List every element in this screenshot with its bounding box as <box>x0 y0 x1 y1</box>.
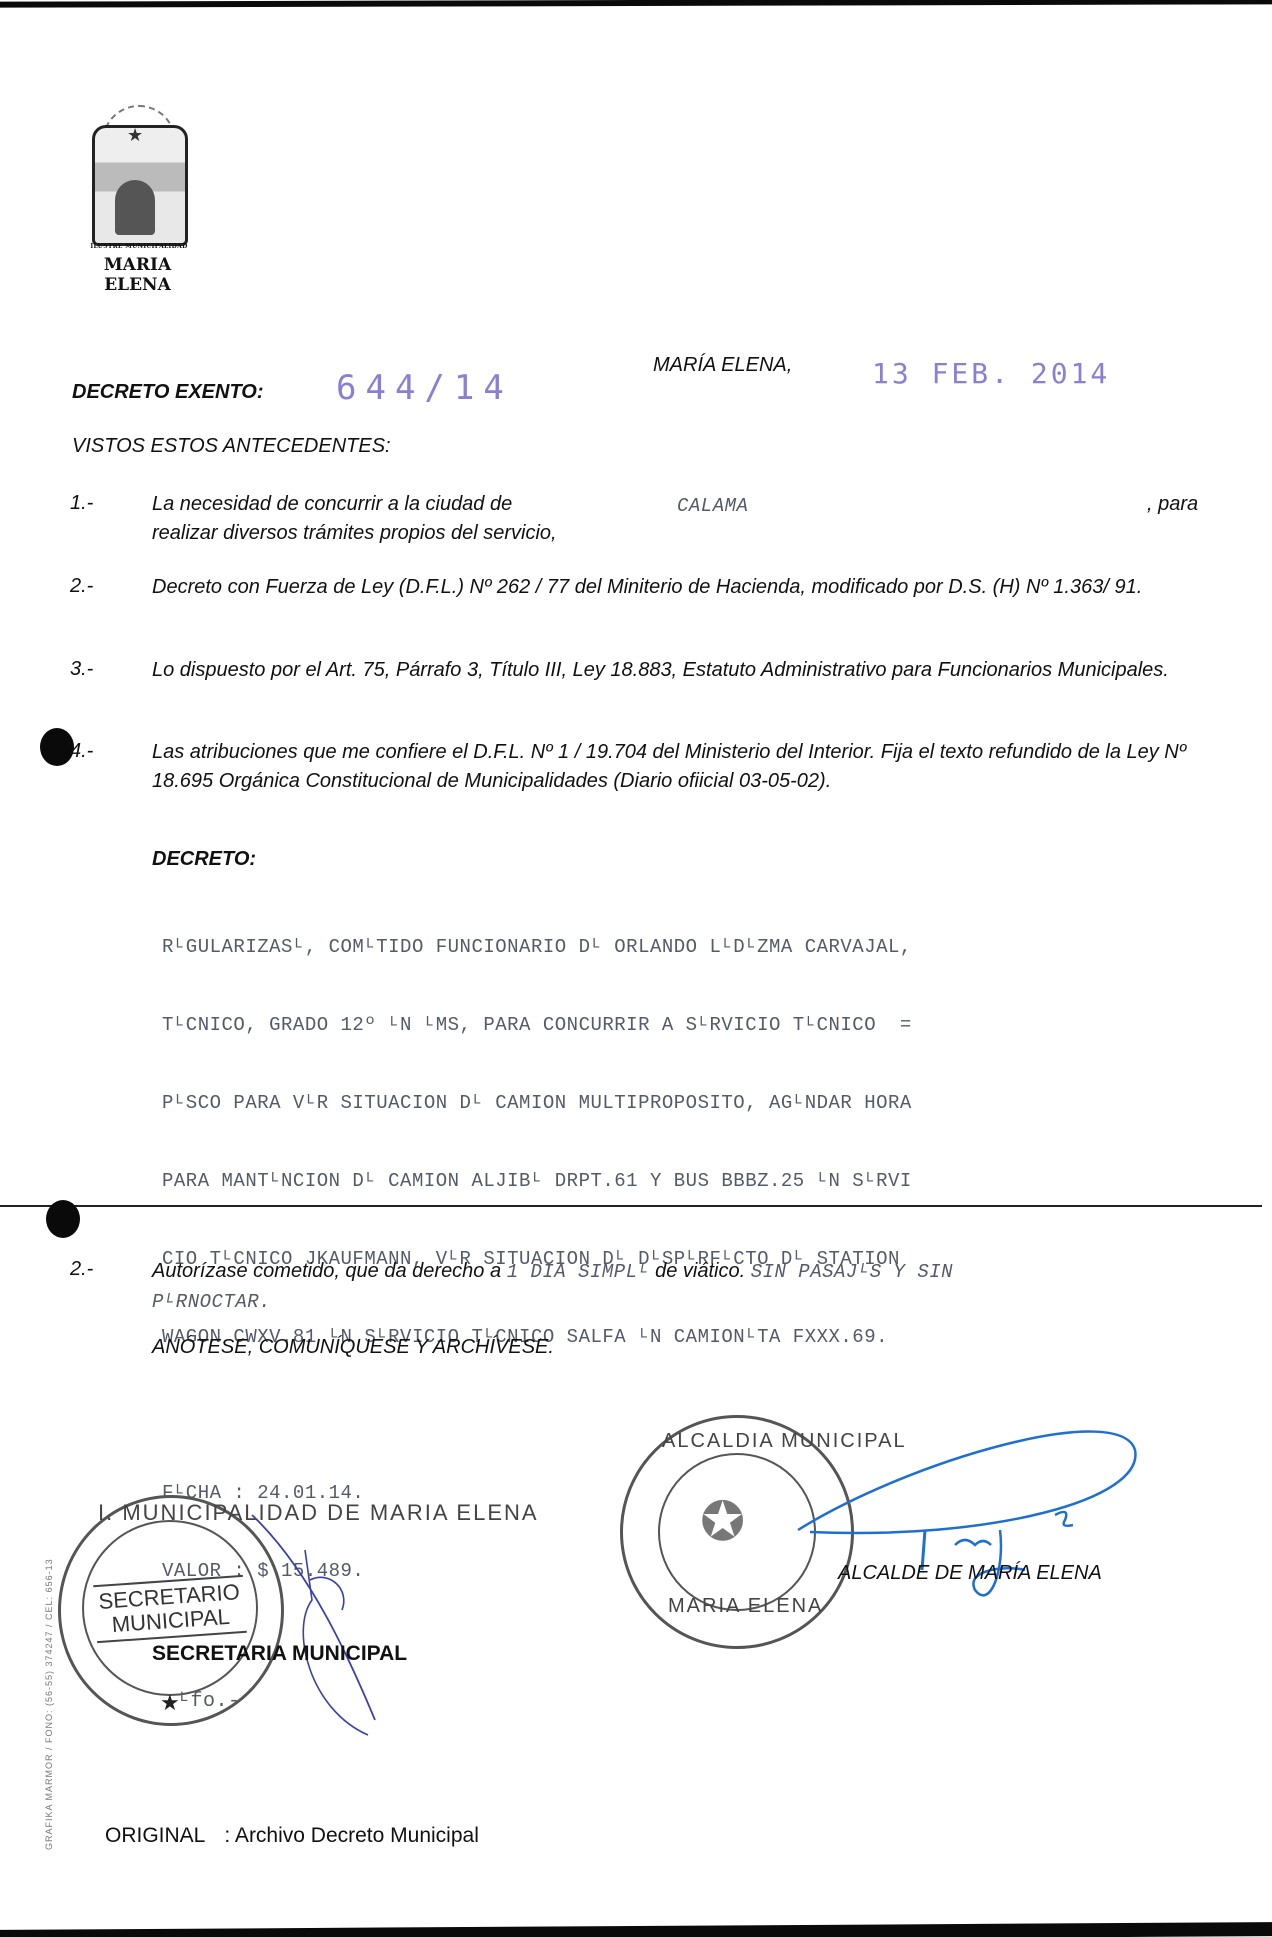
secretaria-signature <box>250 1510 390 1740</box>
seal-star-icon: ★ <box>160 1690 180 1716</box>
typed-extra-line2: PᴸRNOCTAR. <box>152 1287 1202 1317</box>
alcalde-title: ALCALDE DE MARÍA ELENA <box>838 1562 1102 1585</box>
typist-initials: ᴸfo.- <box>178 1690 241 1713</box>
decreto-heading: DECRETO: <box>152 848 256 871</box>
item-text-after: , para <box>1147 490 1198 519</box>
scan-top-edge <box>0 0 1272 8</box>
logo-star-icon: ★ <box>127 125 143 146</box>
secretaria-title: SECRETARIA MUNICIPAL <box>152 1642 407 1666</box>
item-number: 2.- <box>70 575 93 598</box>
copy-distribution: ORIGINAL : Archivo Decreto Municipal <box>105 1824 479 1848</box>
date-stamp: 13 FEB. 2014 <box>872 357 1110 390</box>
logo-subtitle: ILUSTRE MUNICIPALIDAD <box>74 243 204 250</box>
typed-extra: SIN PASAJᴸS Y SIN <box>751 1261 953 1283</box>
article-number: 2.- <box>70 1258 93 1281</box>
logo-name: MARIA ELENA <box>70 255 205 295</box>
punch-hole <box>40 728 74 766</box>
article-2: Autorízase cometido, que da derecho a 1 … <box>152 1256 1202 1317</box>
vistos-heading: VISTOS ESTOS ANTECEDENTES: <box>72 435 391 458</box>
article-text: Autorízase cometido, que da derecho a <box>152 1260 501 1282</box>
copy-destination: : Archivo Decreto Municipal <box>224 1824 478 1847</box>
typed-city: CALAMA <box>677 492 748 521</box>
logo-miner-figure-icon <box>115 180 155 235</box>
item-text: La necesidad de concurrir a la ciudad de <box>152 493 512 515</box>
closing-formula: ANÓTESE, COMUNÍQUESE Y ARCHÍVESE. <box>152 1336 554 1359</box>
typed-line: TᴸCNICO, GRADO 12º ᴸN ᴸMS, PARA CONCURRI… <box>162 1012 1152 1038</box>
printer-imprint: GRAFIKA MARMOR / FONO: (56-55) 374247 / … <box>44 1558 54 1850</box>
item-text-line2: realizar diversos trámites propios del s… <box>152 519 1202 548</box>
typed-line: PARA MANTᴸNCION Dᴸ CAMION ALJIBᴸ DRPT.61… <box>162 1168 1152 1194</box>
secretaria-seal-box: SECRETARIO MUNICIPAL <box>93 1575 247 1643</box>
alcalde-signature <box>790 1420 1150 1640</box>
decree-label: DECRETO EXENTO: <box>72 381 264 404</box>
typed-days: 1 DIA SIMPLᴸ <box>507 1261 650 1283</box>
copy-label: ORIGINAL <box>105 1824 205 1847</box>
vistos-item-4: Las atribuciones que me confiere el D.F.… <box>152 738 1202 796</box>
municipal-logo: ★ ILUSTRE MUNICIPALIDAD MARIA ELENA <box>70 95 200 285</box>
item-number: 4.- <box>70 740 93 763</box>
vistos-item-3: Lo dispuesto por el Art. 75, Párrafo 3, … <box>152 656 1202 685</box>
punch-hole <box>46 1200 80 1238</box>
article-text-after: de viático. <box>655 1260 745 1282</box>
typed-line: RᴸGULARIZASᴸ, COMᴸTIDO FUNCIONARIO Dᴸ OR… <box>162 934 1152 960</box>
vistos-item-1: La necesidad de concurrir a la ciudad de… <box>152 490 1202 548</box>
typed-line: PᴸSCO PARA VᴸR SITUACION Dᴸ CAMION MULTI… <box>162 1090 1152 1116</box>
item-number: 1.- <box>70 492 93 515</box>
section-divider <box>0 1205 1262 1207</box>
vistos-item-2: Decreto con Fuerza de Ley (D.F.L.) Nº 26… <box>152 573 1202 602</box>
item-number: 3.- <box>70 658 93 681</box>
place-label: MARÍA ELENA, <box>653 354 792 377</box>
decree-number-stamp: 644/14 <box>336 368 513 408</box>
scan-bottom-edge <box>0 1922 1272 1937</box>
chile-coat-of-arms-icon: ✪ <box>700 1490 745 1553</box>
